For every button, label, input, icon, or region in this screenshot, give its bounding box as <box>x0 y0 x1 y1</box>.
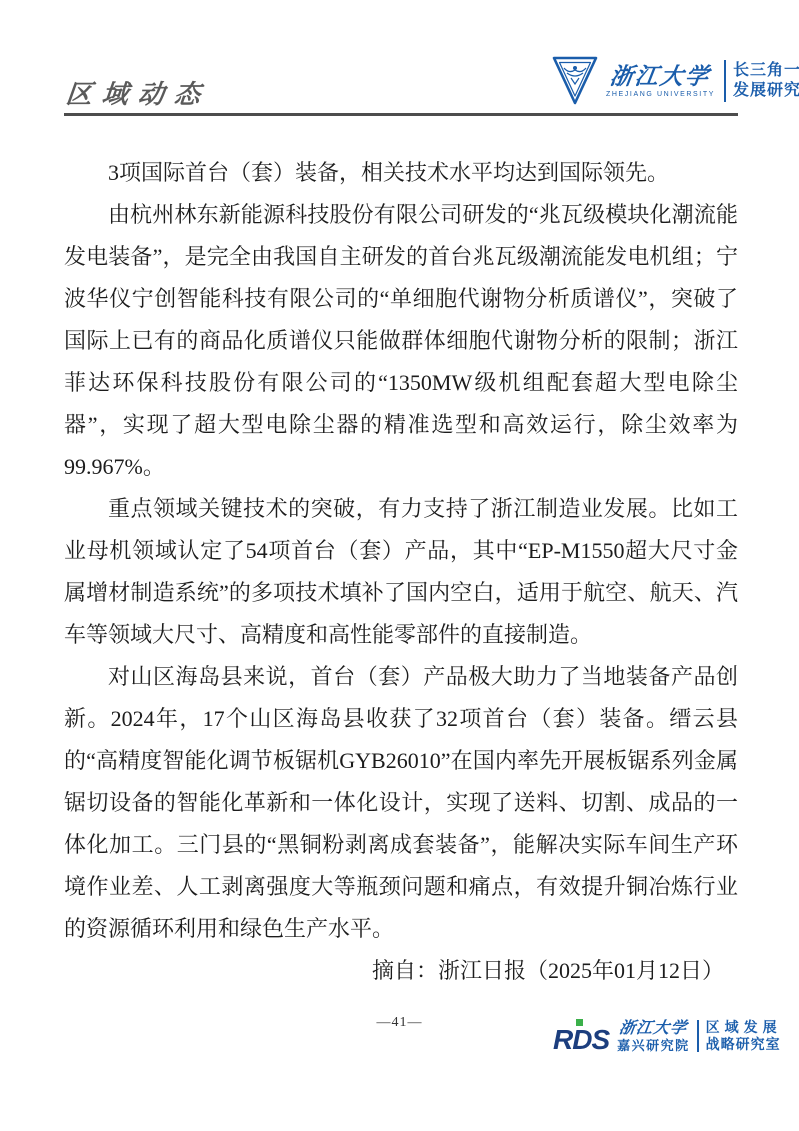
center-name-line1: 长三角一体化 <box>733 61 799 81</box>
institute-department-line2: 战略研究室 <box>706 1036 782 1053</box>
university-logo: 浙江大学 ZHEJIANG UNIVERSITY 长三角一体化 发展研究中心 <box>551 54 799 108</box>
logo-divider <box>724 60 726 102</box>
paragraph: 对山区海岛县来说，首台（套）产品极大助力了当地装备产品创新。2024年，17个山… <box>64 656 738 950</box>
rds-abbr: RDS <box>553 1024 609 1055</box>
rds-wordmark: RDS <box>553 1018 609 1054</box>
header-divider-line <box>64 113 738 116</box>
section-title: 区域动态 <box>64 80 211 110</box>
institute-department: 区域发展 战略研究室 <box>706 1019 782 1053</box>
institute-branch: 嘉兴研究院 <box>617 1038 690 1053</box>
institute-university: 浙江大学 嘉兴研究院 <box>617 1020 690 1053</box>
center-name: 长三角一体化 发展研究中心 <box>733 61 799 101</box>
center-name-line2: 发展研究中心 <box>733 81 799 101</box>
university-name-en: ZHEJIANG UNIVERSITY <box>606 90 715 99</box>
rds-green-square-icon <box>576 1019 583 1026</box>
institute-department-line1: 区域发展 <box>706 1019 782 1036</box>
paragraph: 重点领域关键技术的突破，有力支持了浙江制造业发展。比如工业母机领域认定了54项首… <box>64 488 738 656</box>
institute-logo: RDS 浙江大学 嘉兴研究院 区域发展 战略研究室 <box>553 1016 782 1056</box>
university-names: 浙江大学 ZHEJIANG UNIVERSITY <box>606 64 715 99</box>
institute-university-cn: 浙江大学 <box>618 1020 689 1038</box>
source-attribution: 摘自：浙江日报（2025年01月12日） <box>64 950 738 992</box>
article-body: 3项国际首台（套）装备，相关技术水平均达到国际领先。 由杭州林东新能源科技股份有… <box>64 152 738 992</box>
university-emblem-icon <box>551 55 599 107</box>
university-name-cn: 浙江大学 <box>609 64 713 90</box>
institute-logo-divider <box>697 1020 699 1052</box>
paragraph: 3项国际首台（套）装备，相关技术水平均达到国际领先。 <box>64 152 738 194</box>
document-page: 区域动态 浙江大学 ZHEJIANG UNIVERSITY 长三角一体化 发展研… <box>0 0 799 1131</box>
paragraph: 由杭州林东新能源科技股份有限公司研发的“兆瓦级模块化潮流能发电装备”，是完全由我… <box>64 194 738 488</box>
